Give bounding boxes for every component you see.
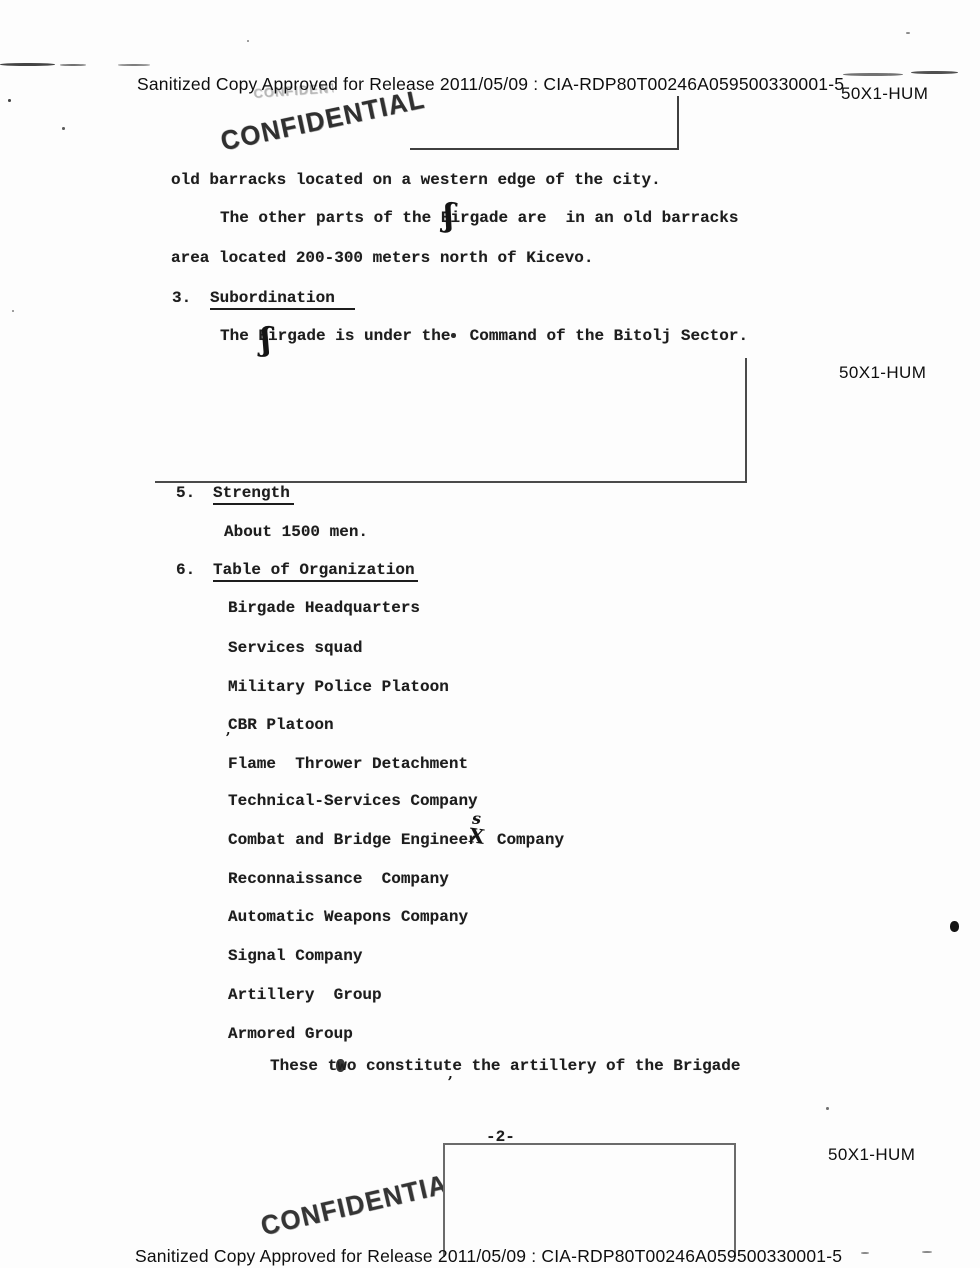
scan-artifact: [12, 310, 14, 312]
typewriter-line: The Birgade is under the Command of the …: [220, 327, 748, 345]
section-heading: Table of Organization: [213, 561, 418, 582]
typewriter-line: Flame Thrower Detachment: [228, 755, 468, 773]
section-heading: Strength: [213, 484, 294, 505]
typewriter-line: 3.: [172, 289, 191, 307]
typewriter-line: CBR Platoon: [228, 716, 334, 734]
typewriter-line: These two constitute the artillery of th…: [270, 1057, 740, 1075]
typewriter-line: Artillery Group: [228, 986, 382, 1004]
handwritten-mark: ,: [448, 1066, 453, 1082]
typewriter-line: -2-: [486, 1128, 515, 1146]
handwritten-mark: ʃ: [442, 196, 457, 235]
typewriter-line: Signal Company: [228, 947, 362, 965]
scan-artifact: [60, 64, 86, 66]
typewriter-line: The other parts of the Birgade are in an…: [220, 209, 738, 227]
scan-artifact: [906, 32, 910, 34]
scan-artifact: [922, 1251, 932, 1253]
caveat-label: 50X1-HUM: [841, 84, 928, 104]
typewriter-line: About 1500 men.: [224, 523, 368, 541]
redaction-box: [410, 96, 679, 150]
handwritten-mark: X: [467, 823, 486, 849]
scan-artifact: [950, 921, 959, 932]
scan-artifact: [911, 71, 958, 74]
confidential-stamp: CONFIDENTIAL: [258, 1165, 468, 1242]
header-sanitized-line: Sanitized Copy Approved for Release 2011…: [137, 74, 844, 95]
typewriter-line: Armored Group: [228, 1025, 353, 1043]
scan-artifact: [247, 40, 249, 42]
scan-artifact: [8, 99, 11, 102]
typewriter-line: Combat and Bridge Engineer Company: [228, 831, 564, 849]
typewriter-line: 6.: [176, 561, 195, 579]
redaction-box: [443, 1143, 736, 1257]
scan-artifact: [861, 1252, 869, 1254]
handwritten-mark: ,: [226, 723, 231, 738]
handwritten-mark: ʃ: [260, 320, 273, 359]
typewriter-line: Reconnaissance Company: [228, 870, 449, 888]
typewriter-line: Military Police Platoon: [228, 678, 449, 696]
scan-artifact: [843, 73, 903, 76]
typewriter-line: 5.: [176, 484, 195, 502]
scan-artifact: [62, 127, 65, 130]
typewriter-line: Birgade Headquarters: [228, 599, 420, 617]
scan-artifact: [826, 1107, 829, 1110]
footer-sanitized-line: Sanitized Copy Approved for Release 2011…: [135, 1246, 842, 1267]
typewriter-line: area located 200-300 meters north of Kic…: [171, 249, 593, 267]
document-page: Sanitized Copy Approved for Release 2011…: [0, 0, 980, 1268]
scan-artifact: [0, 63, 55, 66]
section-heading: Subordination: [210, 289, 355, 310]
redaction-box: [155, 358, 747, 483]
typewriter-line: Services squad: [228, 639, 362, 657]
caveat-label: 50X1-HUM: [839, 363, 926, 383]
scan-artifact: [118, 64, 150, 66]
typewriter-line: old barracks located on a western edge o…: [171, 171, 661, 189]
typewriter-line: Automatic Weapons Company: [228, 908, 468, 926]
caveat-label: 50X1-HUM: [828, 1145, 915, 1165]
typewriter-line: Technical-Services Company: [228, 792, 478, 810]
